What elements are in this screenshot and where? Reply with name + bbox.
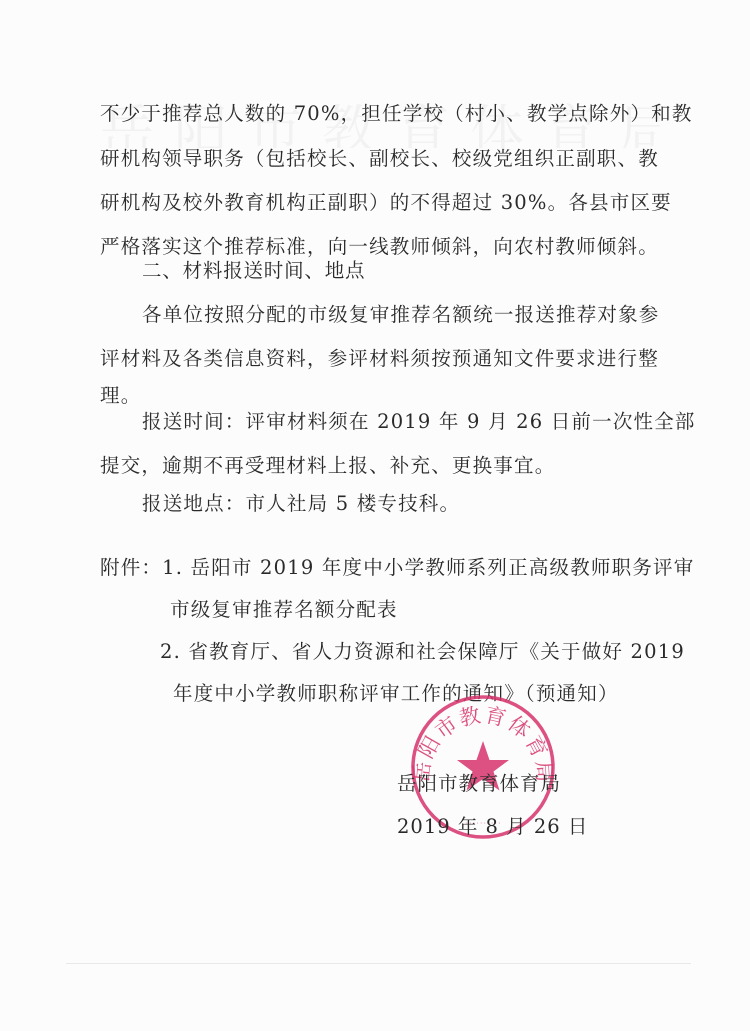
attachment-1-line: 附件：1. 岳阳市 2019 年度中小学教师系列正高级教师职务评审 <box>100 556 660 580</box>
paragraph-line: 研机构领导职务（包括校长、副校长、校级党组织正副职、教 <box>100 147 660 171</box>
paragraph-line: 各单位按照分配的市级复审推荐名额统一报送推荐对象参 <box>142 303 702 327</box>
issue-date: 2019 年 8 月 26 日 <box>397 815 588 839</box>
paragraph-line: 评材料及各类信息资料，参评材料须按预通知文件要求进行整 <box>100 347 660 371</box>
attachment-2-line: 2. 省教育厅、省人力资源和社会保障厅《关于做好 2019 <box>160 640 720 664</box>
attachment-2-line: 年度中小学教师职称评审工作的通知》（预通知） <box>173 682 733 706</box>
section-heading: 二、材料报送时间、地点 <box>142 259 702 283</box>
document-page: 岳阳市教育体育局 不少于推荐总人数的 70%，担任学校（村小、教学点除外）和教 … <box>0 0 750 1031</box>
paragraph-line: 不少于推荐总人数的 70%，担任学校（村小、教学点除外）和教 <box>100 102 660 126</box>
paragraph-line: 理。 <box>100 384 660 408</box>
paragraph-line: 研机构及校外教育机构正副职）的不得超过 30%。各县市区要 <box>100 191 660 215</box>
attachment-1-line: 市级复审推荐名额分配表 <box>170 598 730 622</box>
submission-location: 报送地点：市人社局 5 楼专技科。 <box>142 492 702 516</box>
submission-time-line: 提交，逾期不再受理材料上报、补充、更换事宜。 <box>100 454 660 478</box>
scan-artifact-line <box>66 963 691 964</box>
submission-time-line: 报送时间：评审材料须在 2019 年 9 月 26 日前一次性全部 <box>142 410 702 434</box>
paragraph-line: 严格落实这个推荐标准，向一线教师倾斜，向农村教师倾斜。 <box>100 235 660 259</box>
issuer-name: 岳阳市教育体育局 <box>397 772 561 796</box>
